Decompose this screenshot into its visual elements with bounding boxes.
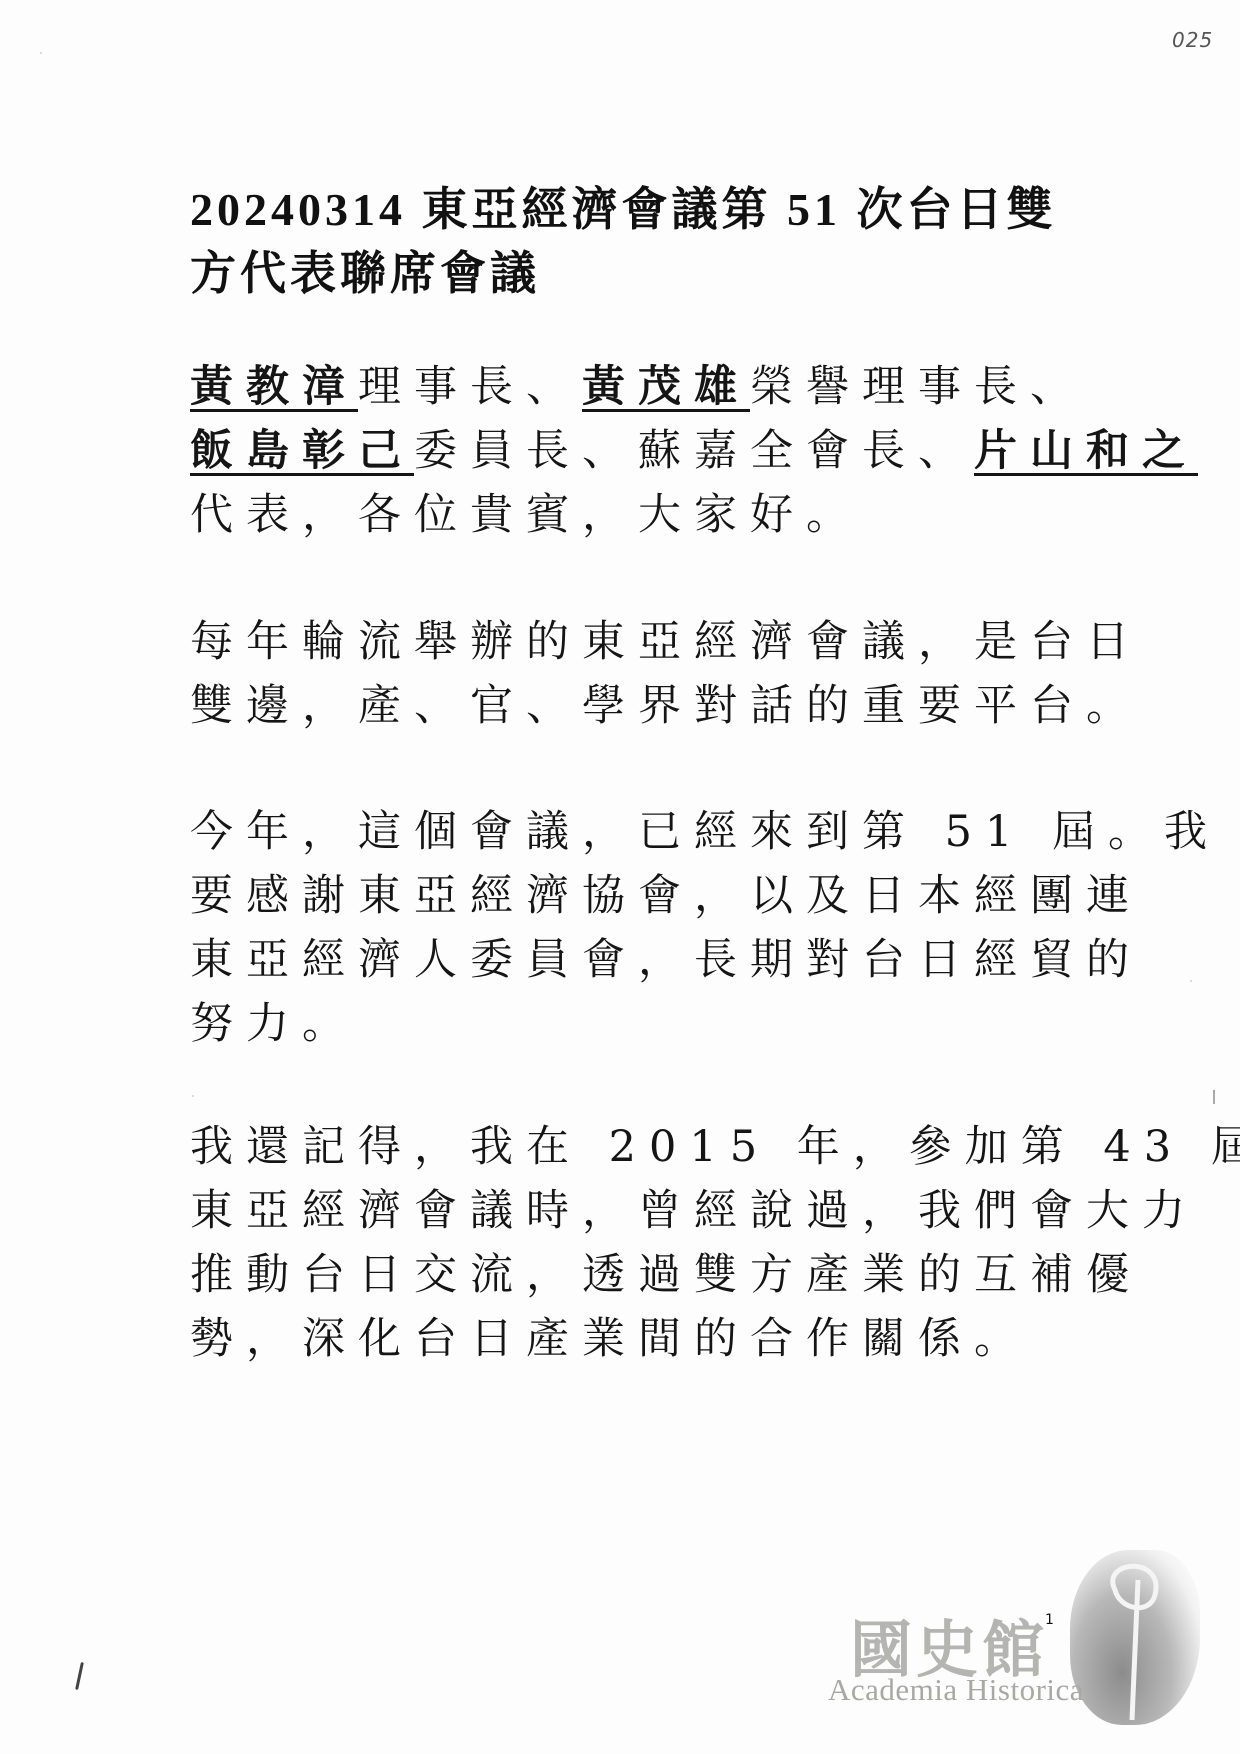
body-paragraph-2: 今年，這個會議，已經來到第 51 屆。我 要感謝東亞經濟協會，以及日本經團連 東… bbox=[190, 800, 1070, 1056]
scan-speck bbox=[192, 1095, 194, 1097]
scan-speck bbox=[40, 52, 42, 54]
role-text: 榮譽理事長、 bbox=[750, 362, 1086, 412]
paragraph-line: 每年輪流舉辦的東亞經濟會議，是台日 bbox=[190, 610, 1070, 674]
margin-pen-mark bbox=[75, 1662, 84, 1690]
watermark-english-text: Academia Historica bbox=[828, 1672, 1084, 1708]
underlined-name: 黃茂雄 bbox=[582, 362, 750, 412]
paragraph-line: 要感謝東亞經濟協會，以及日本經團連 bbox=[190, 864, 1070, 928]
document-title: 20240314 東亞經濟會議第 51 次台日雙 方代表聯席會議 bbox=[190, 178, 1070, 306]
greeting-line-2: 飯島彰己委員長、蘇嘉全會長、片山和之 bbox=[190, 419, 1070, 483]
handwritten-page-number: 025 bbox=[1172, 28, 1213, 52]
ink-brush-logo-icon bbox=[1070, 1550, 1200, 1725]
scan-speck bbox=[1190, 980, 1192, 982]
role-text: 理事長、 bbox=[358, 362, 582, 412]
academia-historica-watermark: 國史館 Academia Historica bbox=[820, 1530, 1220, 1730]
underlined-name: 黃教漳 bbox=[190, 362, 358, 412]
scan-artifact-mark bbox=[1213, 1090, 1215, 1104]
underlined-name: 片山和之 bbox=[974, 426, 1198, 476]
role-text: 委員長、蘇嘉全會長、 bbox=[414, 426, 974, 476]
paragraph-line: 推動台日交流，透過雙方產業的互補優 bbox=[190, 1243, 1070, 1307]
greeting-line-1: 黃教漳理事長、黃茂雄榮譽理事長、 bbox=[190, 355, 1070, 419]
title-line-1: 20240314 東亞經濟會議第 51 次台日雙 bbox=[190, 178, 1070, 242]
body-paragraph-3: 我還記得，我在 2015 年，參加第 43 屆 東亞經濟會議時，曾經說過，我們會… bbox=[190, 1115, 1070, 1371]
greeting-paragraph: 黃教漳理事長、黃茂雄榮譽理事長、 飯島彰己委員長、蘇嘉全會長、片山和之 代表，各… bbox=[190, 355, 1070, 547]
body-paragraph-1: 每年輪流舉辦的東亞經濟會議，是台日 雙邊，產、官、學界對話的重要平台。 bbox=[190, 610, 1070, 738]
paragraph-line: 我還記得，我在 2015 年，參加第 43 屆 bbox=[190, 1115, 1070, 1179]
document-page: 025 20240314 東亞經濟會議第 51 次台日雙 方代表聯席會議 黃教漳… bbox=[0, 0, 1240, 1754]
paragraph-line: 勢，深化台日產業間的合作關係。 bbox=[190, 1307, 1070, 1371]
title-line-2: 方代表聯席會議 bbox=[190, 242, 1070, 306]
paragraph-line: 努力。 bbox=[190, 992, 1070, 1056]
paragraph-line: 今年，這個會議，已經來到第 51 屆。我 bbox=[190, 800, 1070, 864]
underlined-name: 飯島彰己 bbox=[190, 426, 414, 476]
folio-number: 1 bbox=[1045, 1612, 1054, 1628]
greeting-line-3: 代表，各位貴賓，大家好。 bbox=[190, 483, 1070, 547]
paragraph-line: 雙邊，產、官、學界對話的重要平台。 bbox=[190, 674, 1070, 738]
paragraph-line: 東亞經濟人委員會，長期對台日經貿的 bbox=[190, 928, 1070, 992]
paragraph-line: 東亞經濟會議時，曾經說過，我們會大力 bbox=[190, 1179, 1070, 1243]
